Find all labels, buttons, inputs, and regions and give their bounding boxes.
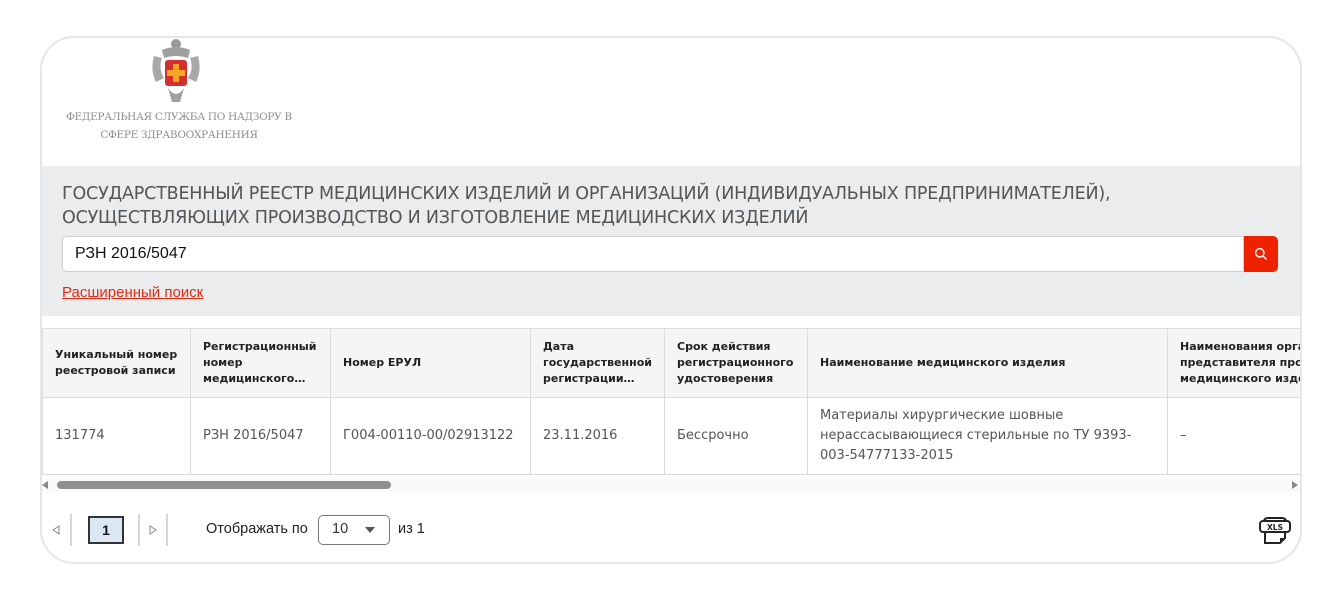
triangle-right-icon [149, 525, 157, 535]
column-header-erul-number[interactable]: Номер ЕРУЛ [331, 329, 531, 398]
xls-export-icon[interactable]: XLS [1256, 512, 1294, 548]
column-header-validity-period[interactable]: Срок действия регистрационного удостовер… [665, 329, 808, 398]
cell-registration-number: РЗН 2016/5047 [191, 398, 331, 475]
org-name: ФЕДЕРАЛЬНАЯ СЛУЖБА ПО НАДЗОРУ В СФЕРЕ ЗД… [54, 108, 304, 144]
search-icon [1254, 247, 1268, 261]
cell-organization-name: – [1168, 398, 1303, 475]
results-table-container: Уникальный номер реестровой записи Регис… [42, 328, 1302, 478]
current-page-button[interactable]: 1 [88, 516, 124, 544]
page-title-line2: ОСУЩЕСТВЛЯЮЩИХ ПРОИЗВОДСТВО И ИЗГОТОВЛЕН… [62, 206, 1242, 230]
emblem-icon [146, 38, 206, 106]
cell-unique-number: 131774 [43, 398, 191, 475]
pagination: 1 Отображать по 10 из 1 XLS [42, 512, 1302, 548]
svg-text:XLS: XLS [1267, 523, 1283, 532]
triangle-left-icon [52, 525, 60, 535]
column-header-registration-number[interactable]: Регистрационный номер медицинского… [191, 329, 331, 398]
cell-device-name: Материалы хирургические шовные нерассасы… [808, 398, 1168, 475]
table-header-row: Уникальный номер реестровой записи Регис… [43, 329, 1303, 398]
table-row[interactable]: 131774 РЗН 2016/5047 Г004-00110-00/02913… [43, 398, 1303, 475]
page-size-label: Отображать по [206, 521, 308, 537]
page-total: из 1 [398, 521, 425, 537]
page-size-select[interactable]: 10 [318, 515, 390, 545]
prev-page-button[interactable] [42, 514, 72, 546]
cell-validity-period: Бессрочно [665, 398, 808, 475]
registry-card: ФЕДЕРАЛЬНАЯ СЛУЖБА ПО НАДЗОРУ В СФЕРЕ ЗД… [40, 36, 1302, 564]
scroll-right-arrow-icon[interactable] [1292, 481, 1298, 489]
cell-registration-date: 23.11.2016 [531, 398, 665, 475]
search-input[interactable] [62, 236, 1244, 272]
column-header-organization-name[interactable]: Наименования организации представителя п… [1168, 329, 1303, 398]
results-table: Уникальный номер реестровой записи Регис… [42, 328, 1302, 475]
search-button[interactable] [1244, 236, 1278, 272]
column-header-unique-number[interactable]: Уникальный номер реестровой записи [43, 329, 191, 398]
cell-erul-number: Г004-00110-00/02913122 [331, 398, 531, 475]
search-band: ГОСУДАРСТВЕННЫЙ РЕЕСТР МЕДИЦИНСКИХ ИЗДЕЛ… [42, 166, 1302, 316]
scroll-left-arrow-icon[interactable] [42, 481, 48, 489]
scrollbar-thumb[interactable] [57, 481, 391, 489]
page-title-line1: ГОСУДАРСТВЕННЫЙ РЕЕСТР МЕДИЦИНСКИХ ИЗДЕЛ… [62, 182, 1242, 206]
horizontal-scrollbar[interactable] [42, 478, 1302, 492]
chevron-down-icon [365, 527, 375, 533]
advanced-search-link[interactable]: Расширенный поиск [62, 284, 203, 301]
page-title: ГОСУДАРСТВЕННЫЙ РЕЕСТР МЕДИЦИНСКИХ ИЗДЕЛ… [62, 182, 1242, 230]
brand-block: ФЕДЕРАЛЬНАЯ СЛУЖБА ПО НАДЗОРУ В СФЕРЕ ЗД… [42, 38, 322, 164]
page-size-value: 10 [332, 521, 348, 537]
column-header-registration-date[interactable]: Дата государственной регистрации… [531, 329, 665, 398]
org-name-line1: ФЕДЕРАЛЬНАЯ СЛУЖБА ПО НАДЗОРУ В [54, 108, 304, 126]
org-name-line2: СФЕРЕ ЗДРАВООХРАНЕНИЯ [54, 126, 304, 144]
column-header-device-name[interactable]: Наименование медицинского изделия [808, 329, 1168, 398]
search-bar [62, 236, 1278, 272]
next-page-button[interactable] [138, 514, 168, 546]
